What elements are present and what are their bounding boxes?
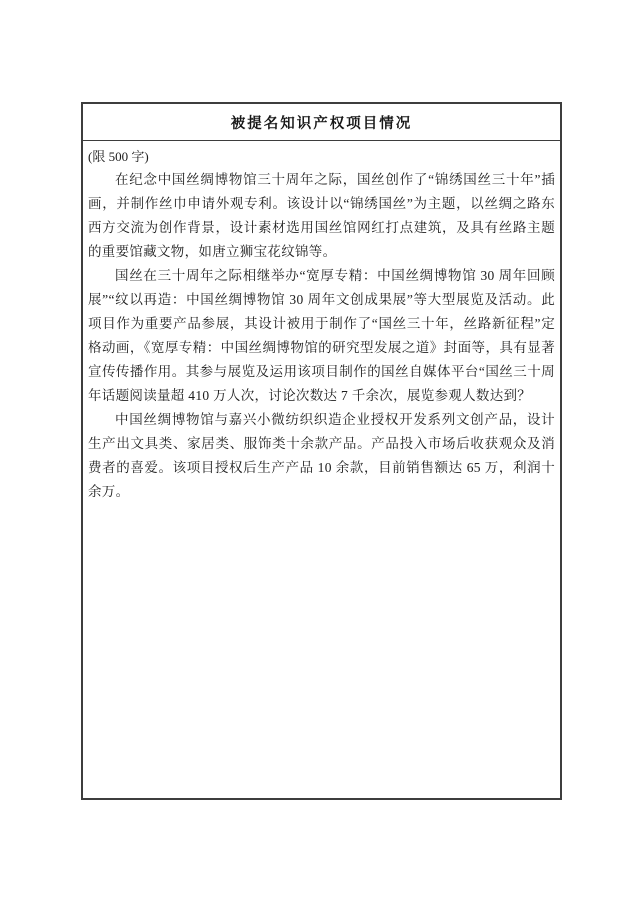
ip-project-table: 被提名知识产权项目情况 (限 500 字) 在纪念中国丝绸博物馆三十周年之际，国…	[81, 102, 562, 800]
table-body-cell: (限 500 字) 在纪念中国丝绸博物馆三十周年之际，国丝创作了“锦绣国丝三十年…	[83, 141, 560, 504]
paragraph-2: 国丝在三十周年之际相继举办“宽厚专精：中国丝绸博物馆 30 周年回顾展”“纹以再…	[88, 264, 555, 408]
document-page: 被提名知识产权项目情况 (限 500 字) 在纪念中国丝绸博物馆三十周年之际，国…	[0, 0, 640, 905]
table-header-row: 被提名知识产权项目情况	[83, 104, 560, 141]
paragraph-3: 中国丝绸博物馆与嘉兴小微纺织织造企业授权开发系列文创产品，设计生产出文具类、家居…	[88, 408, 555, 504]
table-title: 被提名知识产权项目情况	[231, 112, 413, 133]
paragraph-1: 在纪念中国丝绸博物馆三十周年之际，国丝创作了“锦绣国丝三十年”插画，并制作丝巾申…	[88, 168, 555, 264]
word-limit-note: (限 500 字)	[88, 146, 555, 168]
